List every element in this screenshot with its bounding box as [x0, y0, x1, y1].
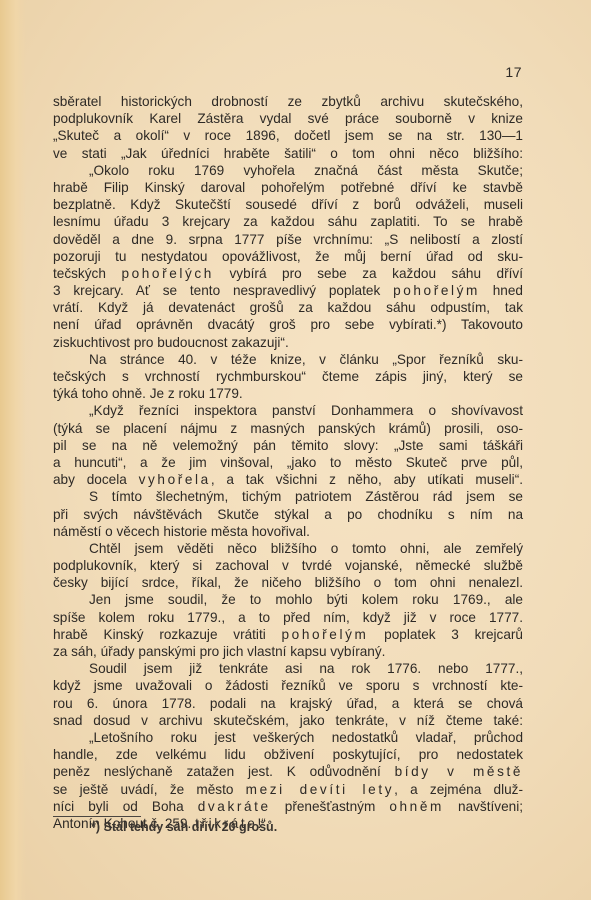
text-line: dověděl a dne 9. srpna 1777 píše vrchním… [53, 231, 523, 248]
spaced-emphasis: bídy v městě [395, 764, 523, 779]
spaced-emphasis: pohořelých [121, 266, 214, 281]
text-line: podplukovník, který si zachoval v tvrdé … [53, 557, 523, 574]
text-line: tečských s vrchností rychmburskou“ čteme… [53, 368, 523, 385]
spaced-emphasis: vyhořela [139, 472, 211, 487]
spaced-emphasis: pohořelým [393, 283, 480, 298]
text-line: česky bijící srdce, říkal, že ničeho bli… [53, 574, 523, 591]
footnote: *) Stál tehdy sáh dříví 20 grošů. [91, 820, 277, 834]
text-line: ve stati „Jak úředníci hraběte šatili“ o… [53, 145, 523, 162]
text-line: a huncuti“, a že jim vinšoval, „jako to … [53, 454, 523, 471]
text-line: „Letošního roku jest veškerých nedostatk… [53, 729, 523, 746]
text-line: vrátí. Když já devatenáct grošů za každo… [53, 299, 523, 316]
text-line: není úřad oprávněn dvacátý groš pro sebe… [53, 316, 523, 333]
spaced-emphasis: mezi devíti lety [246, 782, 394, 797]
text-line: S tímto šlechetným, tichým patriotem Zás… [53, 488, 523, 505]
text-line: „Skuteč a okolí“ v roce 1896, dočetl jse… [53, 127, 523, 144]
footnote-rule [53, 816, 141, 817]
text-line: „Když řezníci inspektora panství Donhamm… [53, 402, 523, 419]
text-line: Chtěl jsem věděti něco bližšího o tomto … [53, 540, 523, 557]
text-line: při svých návštěvách Skutče stýkal a po … [53, 506, 523, 523]
text-line: sběratel historických drobností ze zbytk… [53, 93, 523, 110]
text-line: za sáh, úřady panskými pro jich vlastní … [53, 643, 523, 660]
spaced-emphasis: dvakráte [198, 799, 271, 814]
text-line: peněz neslýchaně zatažen jest. K odůvodn… [53, 763, 523, 780]
text-line: „Okolo roku 1769 vyhořela značná část mě… [53, 162, 523, 179]
text-line: lesnímu úřadu 3 krejcary za každou sáhu … [53, 213, 523, 230]
text-line: níci byli od Boha dvakráte přenešťastným… [53, 798, 523, 815]
text-line: aby docela vyhořela, a tak všichni z něh… [53, 471, 523, 488]
text-line: náměstí o věcech historie města hovořiva… [53, 523, 523, 540]
text-line: když jsme uvažovali o žádosti řezníků ve… [53, 677, 523, 694]
spaced-emphasis: pohořelým [282, 627, 369, 642]
body-text: sběratel historických drobností ze zbytk… [53, 93, 523, 832]
page-number: 17 [480, 64, 522, 80]
text-line: hrabě Filip Kinský daroval pohořelým pot… [53, 179, 523, 196]
text-line: rou 6. února 1778. podali na krajský úřa… [53, 695, 523, 712]
text-line: bezplatně. Když Skutečští sousedé dříví … [53, 196, 523, 213]
text-line: spíše kolem roku 1779., a to před ním, k… [53, 609, 523, 626]
text-line: snad dosud v archivu skutečském, jako te… [53, 712, 523, 729]
text-line: pil se na ně velemožný pán těmito slovy:… [53, 437, 523, 454]
text-line: 3 krejcary. Ať se tento nespravedlivý po… [53, 282, 523, 299]
text-line: (týká se placení nájmu z masných panskýc… [53, 420, 523, 437]
book-spine-shadow [0, 0, 26, 900]
text-line: handle, zde velkému lidu obživení poskyt… [53, 746, 523, 763]
text-line: hrabě Kinský rozkazuje vrátiti pohořelým… [53, 626, 523, 643]
text-line: ziskuchtivost pro budoucnost zakazuji“. [53, 334, 523, 351]
text-line: pozoruji tu nestydatou opovážlivost, že … [53, 248, 523, 265]
text-line: podplukovník Karel Zástěra vydal své prá… [53, 110, 523, 127]
spaced-emphasis: ohněm [389, 799, 444, 814]
text-line: Na stránce 40. v téže knize, v článku „S… [53, 351, 523, 368]
text-line: Jen jsme soudil, že to mohlo býti kolem … [53, 591, 523, 608]
text-line: se ještě uvádí, že město mezi devíti let… [53, 781, 523, 798]
text-line: týká toho ohně. Je z roku 1779. [53, 385, 523, 402]
text-line: tečských pohořelých vybírá pro sebe za k… [53, 265, 523, 282]
text-line: Soudil jsem již tenkráte asi na rok 1776… [53, 660, 523, 677]
